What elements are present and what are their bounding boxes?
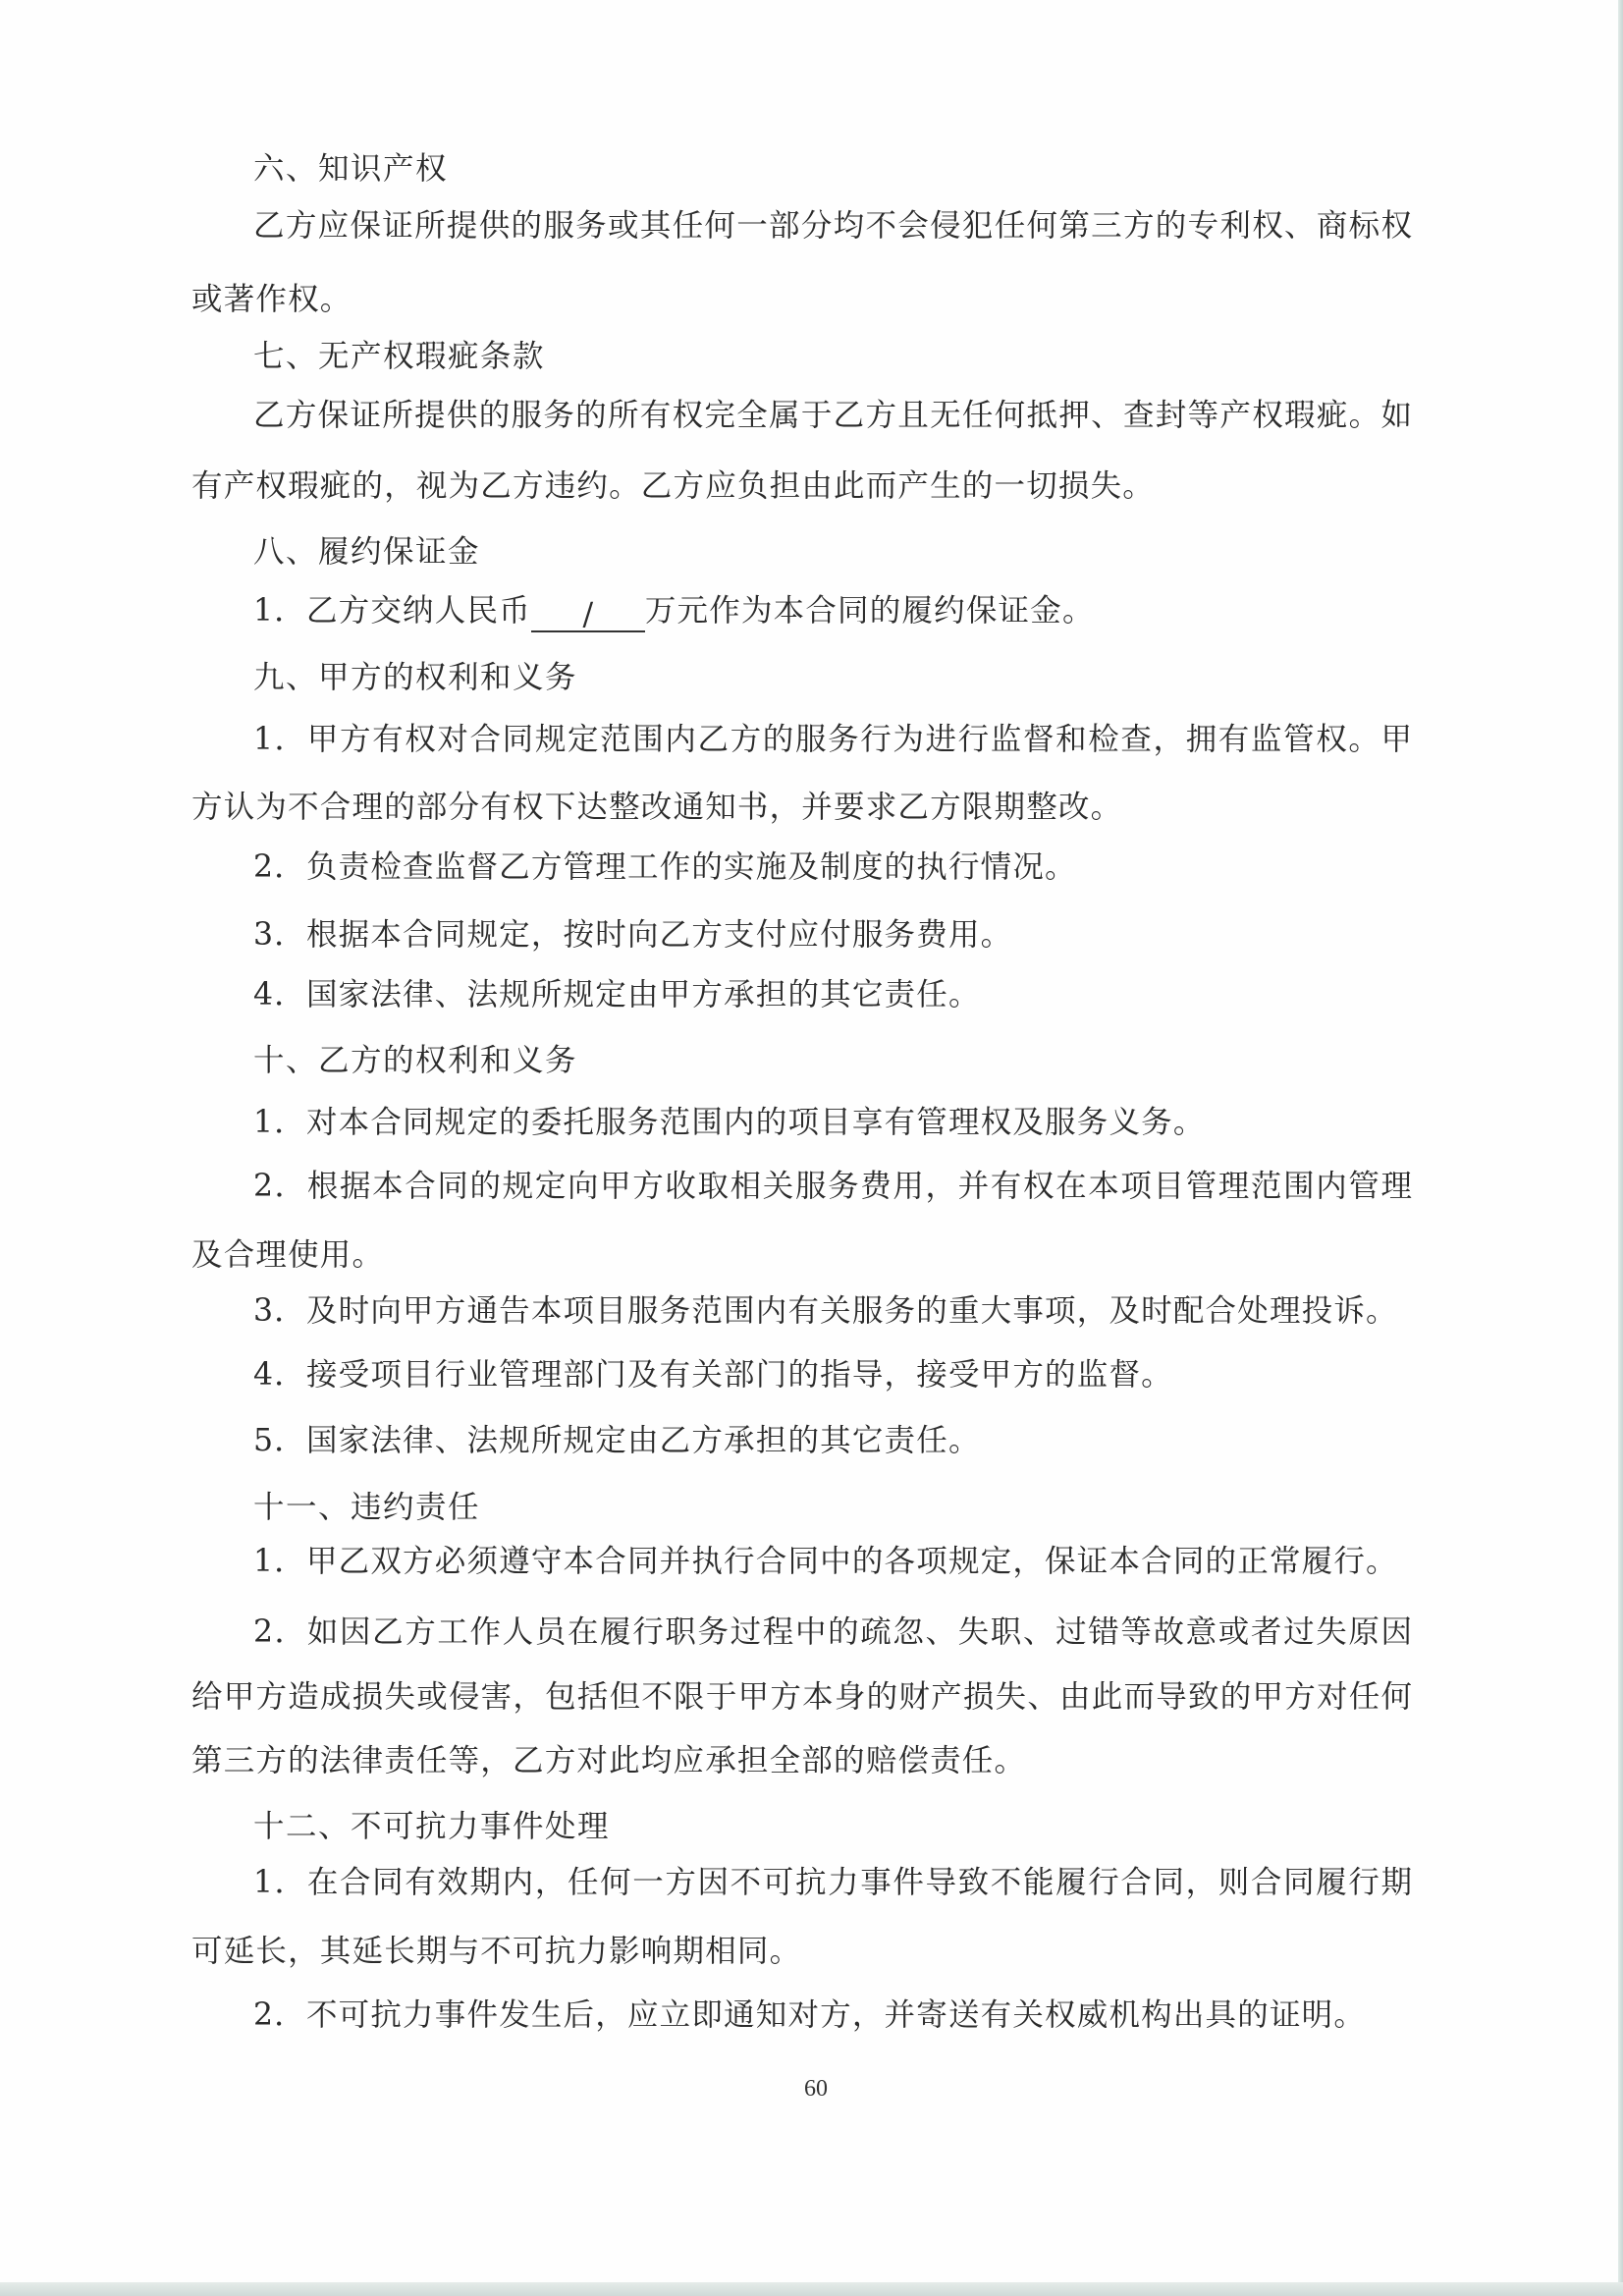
section-heading-liability: 十一、违约责任 [253,1488,480,1527]
paragraph-line: 2．负责检查监督乙方管理工作的实施及制度的执行情况。 [253,847,1077,887]
paragraph-line: 3．根据本合同规定，按时向乙方支付应付服务费用。 [253,915,1012,955]
paragraph-line: 给甲方造成损失或侵害，包括但不限于甲方本身的财产损失、由此而导致的甲方对任何 [191,1677,1412,1717]
paragraph-line: 第三方的法律责任等，乙方对此均应承担全部的赔偿责任。 [191,1741,1026,1780]
paragraph-line: 有产权瑕疵的，视为乙方违约。乙方应负担由此而产生的一切损失。 [191,466,1155,506]
section-heading-no-title-defect: 七、无产权瑕疵条款 [253,337,545,376]
scan-edge-right [1618,0,1623,2296]
section-heading-performance-bond: 八、履约保证金 [253,532,480,572]
paragraph-line: 或著作权。 [191,280,352,319]
section-heading-ip: 六、知识产权 [253,149,448,189]
section-heading-party-b-rights: 十、乙方的权利和义务 [253,1041,577,1080]
paragraph-line: 及合理使用。 [191,1235,384,1275]
paragraph-line: 5．国家法律、法规所规定由乙方承担的其它责任。 [253,1421,981,1460]
paragraph-line: 3．及时向甲方通告本项目服务范围内有关服务的重大事项，及时配合处理投诉。 [253,1291,1398,1331]
paragraph-line: 4．国家法律、法规所规定由甲方承担的其它责任。 [253,975,981,1014]
paragraph-line: 1．在合同有效期内，任何一方因不可抗力事件导致不能履行合同，则合同履行期 [253,1863,1412,1902]
paragraph-line: 可延长，其延长期与不可抗力影响期相同。 [191,1932,801,1971]
paragraph-line: 方认为不合理的部分有权下达整改通知书，并要求乙方限期整改。 [191,788,1122,827]
paragraph-line: 4．接受项目行业管理部门及有关部门的指导，接受甲方的监督。 [253,1355,1173,1394]
section-heading-party-a-rights: 九、甲方的权利和义务 [253,658,577,697]
paragraph-line: 乙方保证所提供的服务的所有权完全属于乙方且无任何抵押、查封等产权瑕疵。如 [253,396,1412,435]
paragraph-line: 2．如因乙方工作人员在履行职务过程中的疏忽、失职、过错等故意或者过失原因 [253,1613,1412,1652]
paragraph-line: 2．不可抗力事件发生后，应立即通知对方，并寄送有关权威机构出具的证明。 [253,1995,1366,2035]
performance-bond-clause: 1．乙方交纳人民币/万元作为本合同的履约保证金。 [253,591,1095,630]
bond-amount-blank: / [531,599,645,632]
paragraph-line: 1．对本合同规定的委托服务范围内的项目享有管理权及服务义务。 [253,1103,1206,1142]
paragraph-line: 乙方应保证所提供的服务或其任何一部分均不会侵犯任何第三方的专利权、商标权 [253,206,1412,246]
section-heading-force-majeure: 十二、不可抗力事件处理 [253,1807,610,1846]
paragraph-line: 1．甲乙双方必须遵守本合同并执行合同中的各项规定，保证本合同的正常履行。 [253,1542,1398,1581]
document-page: 六、知识产权 乙方应保证所提供的服务或其任何一部分均不会侵犯任何第三方的专利权、… [0,0,1620,2284]
paragraph-line: 2．根据本合同的规定向甲方收取相关服务费用，并有权在本项目管理范围内管理 [253,1167,1412,1206]
paragraph-line: 1．甲方有权对合同规定范围内乙方的服务行为进行监督和检查，拥有监管权。甲 [253,720,1412,759]
bond-prefix: 1．乙方交纳人民币 [253,593,531,629]
bond-suffix: 万元作为本合同的履约保证金。 [645,593,1095,629]
page-number: 60 [791,2073,840,2105]
scan-edge-bottom [0,2282,1623,2296]
